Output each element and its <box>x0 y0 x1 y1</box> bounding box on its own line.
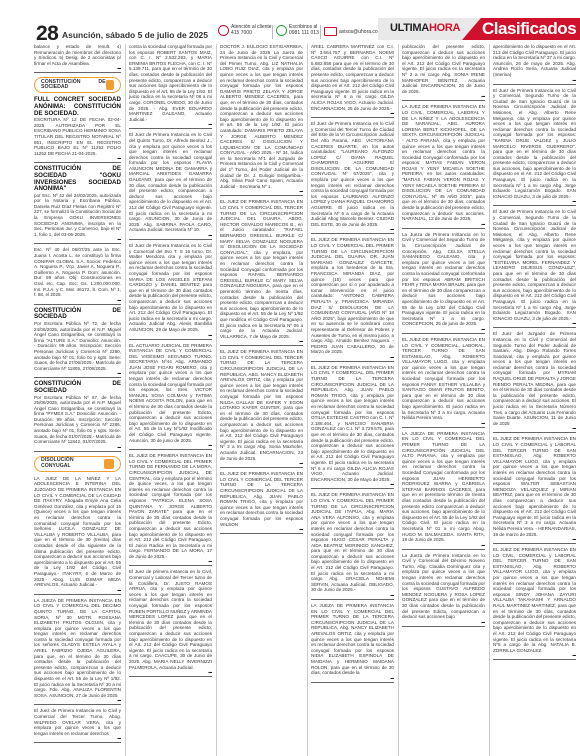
ad-body: EL JUEZ DE PRIMERA INSTANCIA EN LO CIVIL… <box>493 436 576 537</box>
classified-ad: LA JUEZA DE PRIMERA INSTANCIA EN LO CIVI… <box>311 603 394 683</box>
ad-code: ▬ <box>493 321 576 325</box>
ad-code: ▬ <box>220 339 303 343</box>
ad-body: EL JUEZ DE PRIMERA INSTANCIA EN LO CIVIL… <box>220 471 303 527</box>
brand-hora: HORA <box>429 22 460 34</box>
customer-service-contact: Atención al cliente:415 7000 <box>218 24 273 36</box>
ad-code: ▬ <box>129 559 212 563</box>
ad-code: ▬ <box>34 66 121 70</box>
ad-body: EL JUEZ DE PRIMERA INSTANCIA EN LO CIVIL… <box>311 492 394 593</box>
classified-ad: ARIEL CABRERA MARTINEZ con C.I. Nº 3.664… <box>311 44 394 118</box>
phone-icon <box>218 25 229 36</box>
classified-ad: El Juez de Primera Instancia en lo Civil… <box>493 209 576 328</box>
classified-ad: FULL CONCRET SOCIEDAD ANÓNIMA: CONSTITUC… <box>34 97 121 163</box>
ad-code: ▬ <box>311 676 394 680</box>
ad-code: ▬ <box>129 333 212 337</box>
ad-code: ▬ <box>34 588 121 592</box>
classified-ad: balance y estado de result. 4) Remunerac… <box>34 44 121 73</box>
ad-body: apercibimiento de lo dispuesto en el Art… <box>493 44 576 78</box>
section-badge-label: CONSTITUCIÓN DE SOCIEDAD <box>41 80 106 91</box>
classified-ad: EL JUEZ DE PRIMERA INSTANCIA EN LO CIVIL… <box>402 337 485 428</box>
ad-code: ▬ <box>34 736 121 740</box>
ad-body: contra la sociedad conyugal formada por … <box>129 44 212 122</box>
ad-code: ▬ <box>34 445 121 449</box>
column-4: ARIEL CABRERA MARTINEZ con C.I. Nº 3.664… <box>307 44 394 756</box>
page-date: Asunción, sábado 5 de julio de 2025 <box>62 30 208 40</box>
ad-body: Esc. Nº 40 del 06/07/25 ante la Esc. Jua… <box>34 247 121 297</box>
ad-body: LA JUEZA DE PRIMERA INSTANCIA EN LO CIVI… <box>34 598 121 699</box>
ad-body: EL JUEZ DE PRIMERA INSTANCIA EN LO CIVIL… <box>311 365 394 482</box>
classified-ad: DOCTOR J. EULOGIO ESTIGARRIBIA, 24 de Ju… <box>220 44 303 196</box>
column-3: DOCTOR J. EULOGIO ESTIGARRIBIA, 24 de Ju… <box>216 44 303 756</box>
classified-ad: CONSTITUCIÓN DE SOCIEDAD "GOKU INVERSION… <box>34 166 121 244</box>
ad-body: EL JUEZ DE PRIMERA INSTANCIA EN LO CIVIL… <box>129 453 212 559</box>
brand-ultima: ULTIMA <box>390 22 429 34</box>
page-number: 28 <box>36 22 58 46</box>
classified-ad: La Jueza de Primera Instancia en lo Civi… <box>402 232 485 334</box>
ad-code: ▬ <box>493 537 576 541</box>
ad-headline: CONSTITUCIÓN DE SOCIEDAD <box>34 381 121 394</box>
classified-ad: La Jueza de Primera Instancia en lo Civi… <box>402 553 485 627</box>
ad-body: El Juez de Primera Instancia en lo Civil… <box>493 209 576 321</box>
ad-body: DOCTOR J. EULOGIO ESTIGARRIBIA, 24 de Ju… <box>220 44 303 189</box>
brand-banner: ULTIMAHORA Clasificados <box>378 18 580 40</box>
ad-code: ▬ <box>311 355 394 359</box>
classified-ad: CONSTITUCIÓN DE SOCIEDADPor Escritura Pú… <box>34 308 121 379</box>
ad-body: EL JUEZ DE PRIMERA INSTANCIA EN LO CIVIL… <box>220 199 303 339</box>
classified-ad: EL JUEZ DE PRIMERA INSTANCIA EN LO CIVIL… <box>311 365 394 489</box>
ad-code: ▬ <box>402 543 485 547</box>
classified-ad: EL JUEZ DE PRIMERA INSTANCIA EN LO CIVIL… <box>311 492 394 600</box>
ad-body: El Juez de Primera Instancia en lo Civil… <box>129 132 212 233</box>
ad-body: EL ACTUARIO JUDICIAL DE PRIMERA INSTANCI… <box>129 343 212 444</box>
whatsapp-icon <box>276 25 287 36</box>
ad-code: ▬ <box>34 237 121 241</box>
section-icon <box>104 459 114 469</box>
ad-code: ▬ <box>220 527 303 531</box>
column-1: balance y estado de result. 4) Remunerac… <box>34 44 121 756</box>
whatsapp-number: 0981 111 013 <box>289 30 319 36</box>
ad-code: ▬ <box>493 78 576 82</box>
classified-ad: El Juez del Juzgado de Primera Instancia… <box>493 331 576 433</box>
ad-body: Por Escritura Pública Nº 67, de fecha 25… <box>34 395 121 445</box>
column-6: apercibimiento de lo dispuesto en el Art… <box>489 44 576 756</box>
ad-code: ▬ <box>402 421 485 425</box>
section-title: Clasificados <box>482 19 576 39</box>
ad-code: ▬ <box>402 94 485 98</box>
section-badge-constitucion: CONSTITUCIÓN DE SOCIEDAD <box>34 77 121 93</box>
classified-ad: LA JUEZ DE LA NIÑEZ Y LA ADOLESCENCIA E … <box>34 476 121 595</box>
ad-headline: CONSTITUCIÓN DE SOCIEDAD "GOKU INVERSION… <box>34 166 121 192</box>
ad-code: ▬ <box>129 233 212 237</box>
mail-icon <box>324 27 337 36</box>
ad-code: ▬ <box>493 199 576 203</box>
column-2: contra la sociedad conyugal formada por … <box>125 44 212 756</box>
page-masthead: 28 Asunción, sábado 5 de julio de 2025 A… <box>0 0 580 30</box>
classified-ad: EL JUEZ DE PRIMERA INSTANCIA EN LO CIVIL… <box>129 453 212 566</box>
ad-body: LA JUEZA DE PRIMERA INSTANCIA EN LO CIVI… <box>402 431 485 543</box>
classified-ad: El Juez de Primera Instancia en lo Civil… <box>129 243 212 340</box>
ad-body: ARIEL CABRERA MARTINEZ con C.I. Nº 3.664… <box>311 44 394 111</box>
ad-body: LA JUEZ DE LA NIÑEZ Y LA ADOLESCENCIA E … <box>34 476 121 588</box>
ad-body: El Juez del Juzgado de Primera Instancia… <box>493 331 576 426</box>
ad-body: El Juez de Primera Instancia en lo Civil… <box>311 121 394 227</box>
divider <box>272 25 273 39</box>
section-badge-disolucion: DISOLUCIÓN CONYUGAL <box>34 456 121 472</box>
ad-code: ▬ <box>311 482 394 486</box>
ad-body: La Jueza de Primera Instancia en lo Civi… <box>402 232 485 327</box>
classified-ad: EL JUEZ DE PRIMERA INSTANCIA EN LO CIVIL… <box>220 199 303 346</box>
ad-code: ▬ <box>402 222 485 226</box>
ad-body: publicación del presente edicto, compare… <box>402 44 485 94</box>
ad-headline: CONSTITUCIÓN DE SOCIEDAD <box>34 308 121 321</box>
ad-code: ▬ <box>311 111 394 115</box>
classified-ad: CONSTITUCIÓN DE SOCIEDADPor Escritura Pú… <box>34 381 121 452</box>
ad-code: ▬ <box>493 653 576 657</box>
ad-body: ESCRITURA Nº 12 DE FECHA 02-04-2025. AUT… <box>34 117 121 156</box>
ad-body: El Juez de Primera Instancia en lo Civil… <box>493 88 576 200</box>
ad-code: ▬ <box>34 698 121 702</box>
whatsapp-contact: Escribinos al0981 111 013 <box>276 24 319 36</box>
ad-code: ▬ <box>129 670 212 674</box>
classified-ad: EL JUEZ DE PRIMERA INSTANCIA EN LO CIVIL… <box>311 237 394 361</box>
ad-body: por Esc. Nº 42 del 24/02/2025, autorizad… <box>34 193 121 238</box>
ad-code: ▬ <box>129 443 212 447</box>
classified-ad: Esc. Nº 40 del 06/07/25 ante la Esc. Jua… <box>34 247 121 304</box>
ad-body: LA JUEZ DE PRIMERA INSTANCIA EN LO CIVIL… <box>402 104 485 221</box>
classifieds-columns: balance y estado de result. 4) Remunerac… <box>34 44 580 756</box>
ad-body: EL JUEZ DE PRIMERA INSTANCIA EN LO CIVIL… <box>311 237 394 354</box>
ad-code: ▬ <box>311 593 394 597</box>
classified-ad: EL JUEZ DE PRIMERA INSTANCIA EN LO CIVIL… <box>220 471 303 534</box>
ad-code: ▬ <box>34 371 121 375</box>
ad-body: LA JUEZA DE PRIMERA INSTANCIA EN LO CIVI… <box>311 603 394 676</box>
brand-logo: ULTIMAHORA <box>390 22 460 34</box>
ad-body: El Juez de Primera Instancia en lo Civil… <box>34 708 121 736</box>
ad-code: ▬ <box>402 620 485 624</box>
ad-body: balance y estado de result. 4) Remunerac… <box>34 44 121 66</box>
ad-code: ▬ <box>129 122 212 126</box>
classified-ad: El Juez de Primera Instancia en lo Civil… <box>34 708 121 743</box>
phone-number: 415 7000 <box>231 30 252 36</box>
section-badge-label: DISOLUCIÓN CONYUGAL <box>41 458 104 469</box>
ad-code: ▬ <box>311 227 394 231</box>
classified-ad: El Juez de Primera Instancia en lo Civil… <box>493 88 576 207</box>
ad-body: El Juez de primera instancia en lo Civil… <box>129 569 212 670</box>
ad-code: ▬ <box>34 156 121 160</box>
classified-ad: EL JUEZ DE PRIMERA INSTANCIA EN LO CIVIL… <box>493 547 576 660</box>
section-icon <box>106 80 114 90</box>
classified-ad: El Juez de Primera Instancia en lo Civil… <box>311 121 394 234</box>
ad-body: EL JUEZ DE PRIMERA INSTANCIA EN LO CIVIL… <box>220 349 303 461</box>
classified-ad: contra la sociedad conyugal formada por … <box>129 44 212 129</box>
ad-body: La Jueza de Primera Instancia en lo Civi… <box>402 553 485 620</box>
classified-ad: LA JUEZ DE PRIMERA INSTANCIA EN LO CIVIL… <box>402 104 485 228</box>
column-5: publicación del presente edicto, compare… <box>398 44 485 756</box>
ad-code: ▬ <box>34 298 121 302</box>
ad-body: EL JUEZ DE PRIMERA INSTANCIA EN LO CIVIL… <box>493 547 576 653</box>
ad-code: ▬ <box>402 327 485 331</box>
classified-ad: LA JUEZA DE PRIMERA INSTANCIA EN LO CIVI… <box>402 431 485 550</box>
classified-ad: EL ACTUARIO JUDICIAL DE PRIMERA INSTANCI… <box>129 343 212 451</box>
ad-code: ▬ <box>220 189 303 193</box>
classified-ad: EL JUEZ DE PRIMERA INSTANCIA EN LO CIVIL… <box>493 436 576 544</box>
ad-body: Por Escritura Pública Nº 72, de fecha 24… <box>34 321 121 371</box>
ad-body: EL JUEZ DE PRIMERA INSTANCIA EN LO CIVIL… <box>402 337 485 421</box>
classified-ad: El Juez de primera instancia en lo Civil… <box>129 569 212 677</box>
divider <box>320 25 321 39</box>
ad-code: ▬ <box>493 426 576 430</box>
classified-ad: publicación del presente edicto, compare… <box>402 44 485 101</box>
ad-body: El Juez de Primera Instancia en lo Civil… <box>129 243 212 333</box>
classified-ad: apercibimiento de lo dispuesto en el Art… <box>493 44 576 85</box>
ad-code: ▬ <box>220 461 303 465</box>
classified-ad: LA JUEZA DE PRIMERA INSTANCIA EN LO CIVI… <box>34 598 121 706</box>
classified-ad: EL JUEZ DE PRIMERA INSTANCIA EN LO CIVIL… <box>220 349 303 468</box>
ad-headline: FULL CONCRET SOCIEDAD ANÓNIMA: CONSTITUC… <box>34 97 121 117</box>
classified-ad: El Juez de Primera Instancia en lo Civil… <box>129 132 212 240</box>
